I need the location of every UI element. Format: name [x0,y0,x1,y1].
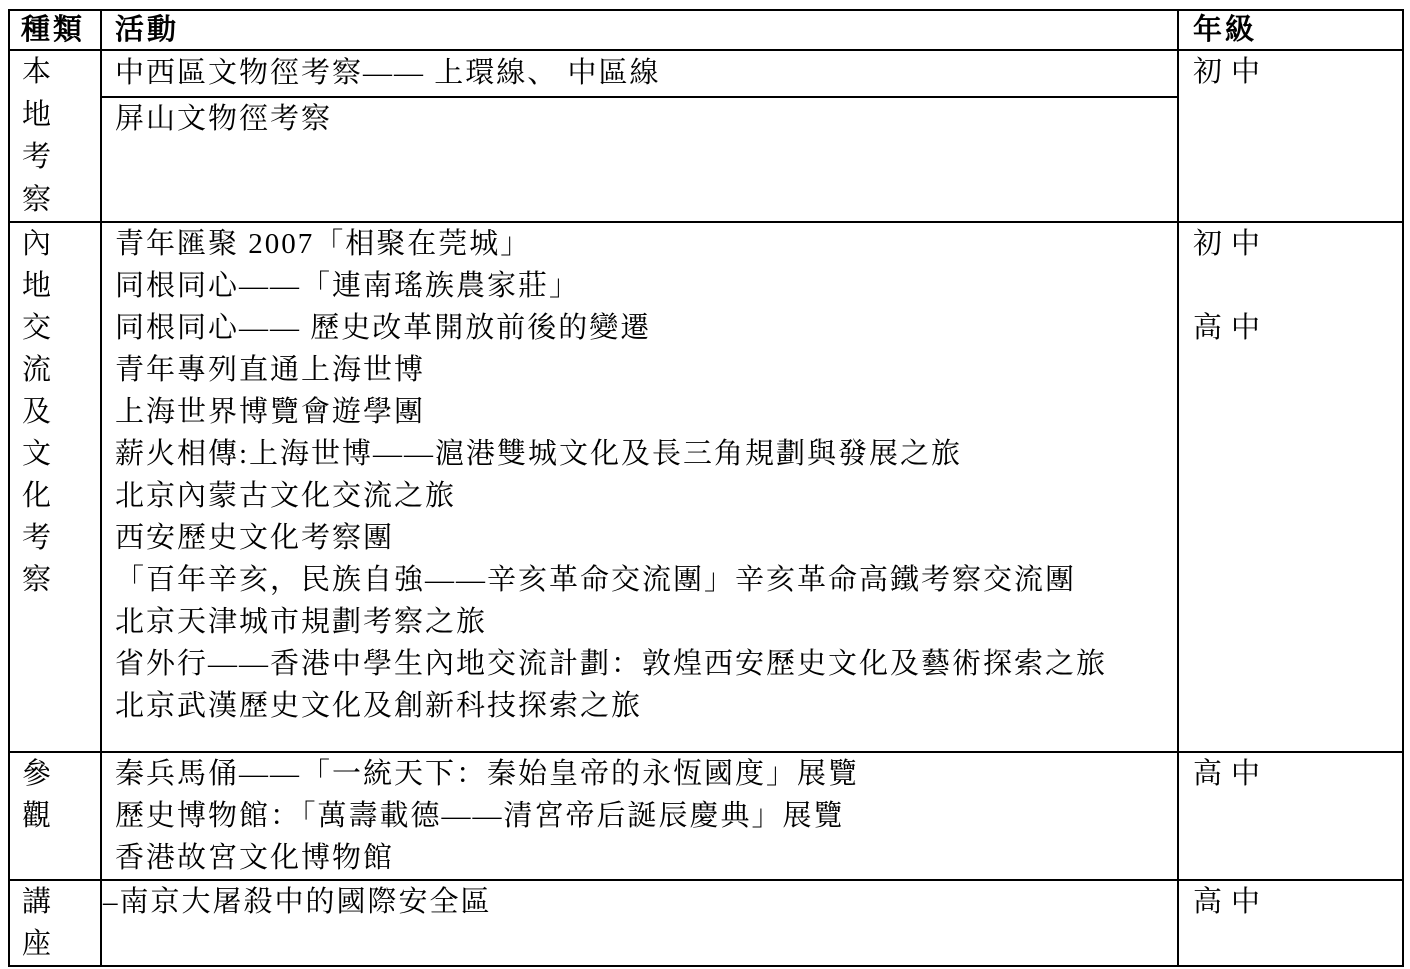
category-char: 考 [10,136,100,179]
activity-line: 青年專列直通上海世博 [102,349,1177,391]
activity-line: 北京內蒙古文化交流之旅 [102,475,1177,517]
activity-line: 同根同心——「連南瑤族農家莊」 [102,265,1177,307]
category-char: 參 [10,753,100,795]
header-grade: 年級 [1178,10,1403,50]
category-char: 流 [10,349,100,391]
activities-table: 種類 活動 年級 本 地 考 察 中西區文物徑考察—— 上環線、 中區線 初中 … [8,9,1404,967]
category-cell-lecture: 講 座 [9,880,101,966]
category-char: 考 [10,517,100,559]
activity-cell-local-bottom: 屏山文物徑考察 [101,97,1178,222]
category-char: 地 [10,265,100,307]
activity-line: 中西區文物徑考察—— 上環線、 中區線 [102,51,1177,95]
category-cell-local-study: 本 地 考 察 [9,50,101,222]
grade-value: 高中 [1179,881,1402,923]
grade-cell-local-study: 初中 [1178,50,1403,222]
table-row-local-study: 本 地 考 察 中西區文物徑考察—— 上環線、 中區線 初中 [9,50,1403,97]
category-cell-visit: 參 觀 [9,752,101,880]
activity-line: 香港故宮文化博物館 [102,837,1177,879]
category-char: 內 [10,223,100,265]
activity-line: 北京天津城市規劃考察之旅 [102,601,1177,643]
activity-line: 歷史博物館：「萬壽載德——清宮帝后誕辰慶典」展覽 [102,795,1177,837]
grade-cell-mainland-exchange: 初中 高中 [1178,222,1403,752]
activity-line: 上海世界博覽會遊學團 [102,391,1177,433]
table-row-lecture: 講 座 –南京大屠殺中的國際安全區 高中 [9,880,1403,966]
grade-cell-visit: 高中 [1178,752,1403,880]
activity-cell-lecture: –南京大屠殺中的國際安全區 [101,880,1178,966]
category-char: 察 [10,179,100,222]
activity-cell-visit: 秦兵馬俑——「一統天下：秦始皇帝的永恆國度」展覽 歷史博物館：「萬壽載德——清宮… [101,752,1178,880]
category-char: 座 [10,923,100,965]
header-activity: 活動 [101,10,1178,50]
activity-line: 「百年辛亥，民族自強——辛亥革命交流團」辛亥革命高鐵考察交流團 [102,559,1177,601]
category-cell-mainland-exchange: 內 地 交 流 及 文 化 考 察 [9,222,101,752]
category-char: 察 [10,559,100,601]
activity-line: 北京武漢歷史文化及創新科技探索之旅 [102,685,1177,727]
grade-value: 初中 [1179,223,1402,265]
activity-line: 西安歷史文化考察團 [102,517,1177,559]
grade-cell-lecture: 高中 [1178,880,1403,966]
category-char: 化 [10,475,100,517]
activity-line: 省外行——香港中學生內地交流計劃：敦煌西安歷史文化及藝術探索之旅 [102,643,1177,685]
activity-cell-mainland-exchange: 青年匯聚 2007「相聚在莞城」 同根同心——「連南瑤族農家莊」 同根同心—— … [101,222,1178,752]
category-char: 地 [10,94,100,137]
header-category: 種類 [9,10,101,50]
activity-line: –南京大屠殺中的國際安全區 [102,881,1177,923]
table-row-visit: 參 觀 秦兵馬俑——「一統天下：秦始皇帝的永恆國度」展覽 歷史博物館：「萬壽載德… [9,752,1403,880]
activity-line: 青年匯聚 2007「相聚在莞城」 [102,223,1177,265]
table-header-row: 種類 活動 年級 [9,10,1403,50]
activity-line: 薪火相傳:上海世博——滬港雙城文化及長三角規劃與發展之旅 [102,433,1177,475]
activity-line: 同根同心—— 歷史改革開放前後的變遷 [102,307,1177,349]
table-row-mainland-exchange: 內 地 交 流 及 文 化 考 察 青年匯聚 2007「相聚在莞城」 同根同心—… [9,222,1403,752]
grade-value: 高中 [1179,307,1402,349]
category-char: 講 [10,881,100,923]
activity-line: 屏山文物徑考察 [102,98,1177,140]
grade-value: 初中 [1179,51,1402,93]
activity-line: 秦兵馬俑——「一統天下：秦始皇帝的永恆國度」展覽 [102,753,1177,795]
activity-cell-local-top: 中西區文物徑考察—— 上環線、 中區線 [101,50,1178,97]
category-char: 及 [10,391,100,433]
category-char: 文 [10,433,100,475]
grade-value: 高中 [1179,753,1402,795]
document-page: 種類 活動 年級 本 地 考 察 中西區文物徑考察—— 上環線、 中區線 初中 … [0,0,1410,967]
category-char: 本 [10,51,100,94]
category-char: 交 [10,307,100,349]
grade-spacer [1179,265,1402,307]
category-char: 觀 [10,795,100,837]
